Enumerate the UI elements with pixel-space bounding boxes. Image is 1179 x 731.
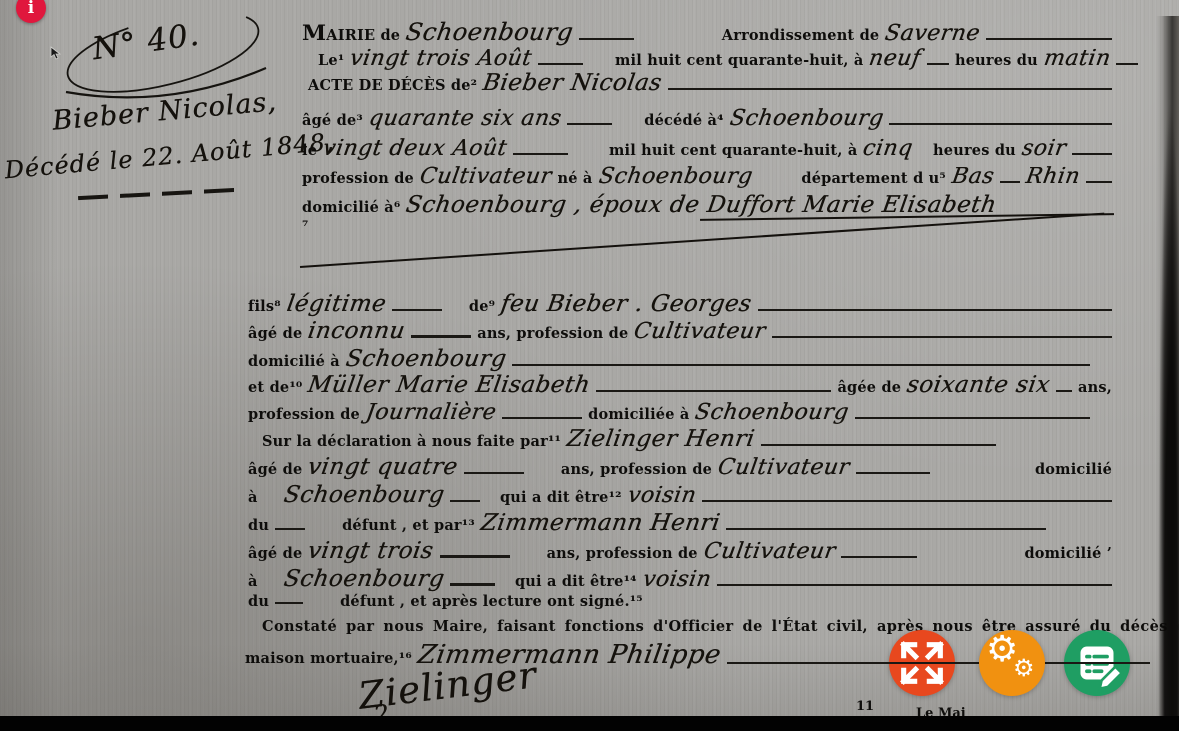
handwritten-entry: Saverne bbox=[883, 21, 982, 46]
spacer bbox=[1002, 445, 1062, 446]
printed-label: ACTE DE DÉCÈS de² bbox=[308, 77, 477, 94]
printed-label: maison mortuaire,¹⁶ bbox=[245, 650, 412, 667]
scan-edge bbox=[1156, 16, 1179, 720]
printed-label: MAIRIE de bbox=[302, 21, 400, 46]
spacer bbox=[923, 557, 1018, 558]
printed-label: du bbox=[248, 593, 269, 610]
margin-dash-flourish bbox=[78, 188, 236, 200]
rule-line bbox=[567, 123, 612, 125]
printed-label: domicilié bbox=[1035, 461, 1112, 478]
form-row: domicilié àSchoenbourg bbox=[248, 346, 1090, 372]
rule-line bbox=[1072, 153, 1112, 155]
printed-label: domiciliée à bbox=[588, 406, 689, 423]
rule-line bbox=[450, 500, 480, 502]
printed-label: Arrondissement de bbox=[722, 27, 880, 44]
rule-line bbox=[513, 153, 568, 155]
form-row: âgé de³quarante six ansdécédé à⁴Schoenbo… bbox=[302, 106, 1112, 131]
handwritten-entry: Zimmermann Henri bbox=[479, 510, 722, 536]
rule-line bbox=[856, 472, 930, 474]
rule-line bbox=[841, 556, 917, 558]
rule-line bbox=[668, 88, 1112, 90]
diagonal-stroke bbox=[300, 213, 1104, 268]
form-row: ACTE DE DÉCÈS de²Bieber Nicolas bbox=[308, 70, 1112, 96]
rule-line bbox=[727, 662, 1150, 664]
printed-label: heures du bbox=[933, 142, 1016, 159]
handwritten-entry: Zielinger Henri bbox=[565, 426, 757, 452]
rule-line bbox=[761, 444, 996, 446]
info-icon[interactable]: i bbox=[16, 0, 46, 23]
rule-line bbox=[1086, 181, 1112, 183]
spacer bbox=[486, 501, 494, 502]
form-row: fils⁸légitimede⁹feu Bieber . Georges bbox=[248, 291, 1112, 317]
printed-label: ans, profession de bbox=[561, 461, 712, 478]
rule-line bbox=[512, 364, 1090, 366]
printed-label: âgée de bbox=[837, 379, 901, 396]
spacer bbox=[309, 605, 334, 606]
rule-line bbox=[502, 417, 582, 419]
printed-label: décédé à⁴ bbox=[644, 112, 723, 129]
printed-label: heures du bbox=[955, 52, 1038, 69]
rule-line bbox=[1116, 63, 1138, 65]
rule-line bbox=[717, 584, 1112, 586]
handwritten-entry: Müller Marie Elisabeth bbox=[306, 372, 592, 398]
printed-label: mil huit cent quarante-huit, à bbox=[609, 142, 857, 159]
rule-line bbox=[392, 309, 442, 311]
spacer bbox=[516, 557, 541, 558]
rule-line bbox=[855, 417, 1090, 419]
form-row: âgé devingt troisans, profession deCulti… bbox=[248, 538, 1112, 564]
rule-line bbox=[579, 38, 634, 40]
spacer bbox=[758, 182, 795, 183]
printed-label: ⁷ bbox=[302, 218, 309, 235]
handwritten-entry: Schoenbourg bbox=[597, 164, 755, 189]
form-row: et de¹⁰Müller Marie Elisabethâgée desoix… bbox=[248, 372, 1112, 398]
handwritten-entry: Cultivateur bbox=[418, 164, 553, 189]
printed-label: ans, profession de bbox=[477, 325, 628, 342]
handwritten-entry: Schoenbourg bbox=[344, 346, 508, 372]
handwritten-entry: Zimmermann Philippe bbox=[416, 640, 724, 670]
handwritten-entry: vingt trois Août bbox=[348, 46, 534, 71]
spacer bbox=[264, 585, 278, 586]
handwritten-entry: feu Bieber . Georges bbox=[499, 291, 753, 317]
printed-label: âgé de bbox=[248, 545, 302, 562]
handwritten-entry: Cultivateur bbox=[702, 539, 837, 564]
rule-line bbox=[758, 309, 1112, 311]
form-row: dudéfunt , et après lecture ont signé.¹⁵ bbox=[248, 593, 1112, 610]
rule-line bbox=[411, 335, 471, 338]
paper: N° 40. Bieber Nicolas, Décédé le 22. Aoû… bbox=[0, 0, 1179, 731]
handwritten-entry: voisin bbox=[626, 483, 698, 508]
handwritten-entry: Journalière bbox=[364, 400, 498, 425]
printed-label: ans, profession de bbox=[547, 545, 698, 562]
form-row: Le¹vingt trois Aoûtmil huit cent quarant… bbox=[318, 46, 1112, 71]
form-row: profession deJournalièredomiciliée àScho… bbox=[248, 400, 1090, 425]
form-row: âgé deinconnuans, profession deCultivate… bbox=[248, 318, 1112, 344]
form-row: àSchoenbourgqui a dit être¹²voisin bbox=[248, 482, 1112, 508]
spacer bbox=[264, 501, 278, 502]
spacer bbox=[640, 39, 716, 40]
printed-label: de⁹ bbox=[469, 298, 495, 315]
rule-line bbox=[1000, 181, 1020, 183]
printed-label: domicilié à bbox=[248, 353, 340, 370]
spacer bbox=[1052, 529, 1112, 530]
rule-line bbox=[726, 528, 1046, 530]
printed-label: domicilié ’ bbox=[1024, 545, 1112, 562]
spacer bbox=[589, 64, 609, 65]
rule-line bbox=[927, 63, 949, 65]
handwritten-entry: Bieber Nicolas bbox=[481, 70, 664, 96]
handwritten-entry: cinq bbox=[861, 136, 915, 161]
handwritten-entry: vingt deux Août bbox=[321, 136, 509, 161]
form-row: MAIRIE deSchoenbourgArrondissement deSav… bbox=[302, 18, 1112, 46]
printed-label: Le¹ bbox=[318, 52, 344, 69]
printed-label: à bbox=[248, 573, 258, 590]
form-row: àSchoenbourgqui a dit être¹⁴voisin bbox=[248, 566, 1112, 592]
printed-label: le bbox=[302, 142, 317, 159]
handwritten-entry: légitime bbox=[285, 291, 388, 317]
handwritten-entry: Bas bbox=[950, 164, 996, 189]
spacer bbox=[501, 585, 509, 586]
handwritten-entry: Cultivateur bbox=[632, 319, 767, 344]
handwritten-entry: vingt trois bbox=[306, 538, 435, 564]
mouse-cursor-icon bbox=[50, 46, 62, 60]
handwritten-entry: matin bbox=[1042, 46, 1112, 71]
handwritten-entry: Schoenbourg , époux de Duffort Marie Eli… bbox=[404, 192, 998, 218]
rule-line bbox=[702, 500, 1112, 502]
handwritten-entry: Schoenbourg bbox=[728, 106, 886, 131]
printed-label: domicilié à⁶ bbox=[302, 199, 400, 216]
spacer bbox=[936, 473, 1029, 474]
rule-line bbox=[275, 528, 305, 530]
handwritten-entry: Schoenbourg bbox=[282, 482, 446, 508]
printed-label: département d u⁵ bbox=[801, 170, 946, 187]
handwritten-entry: soir bbox=[1020, 136, 1068, 161]
form-row: âgé devingt quatreans, profession deCult… bbox=[248, 454, 1112, 480]
printed-label: défunt , et par¹³ bbox=[342, 517, 475, 534]
printed-label: et de¹⁰ bbox=[248, 379, 302, 396]
rule-line bbox=[450, 583, 495, 586]
handwritten-entry: vingt quatre bbox=[306, 454, 460, 480]
spacer bbox=[530, 473, 555, 474]
spacer bbox=[311, 529, 336, 530]
printed-label: à bbox=[248, 489, 258, 506]
spacer bbox=[618, 124, 638, 125]
settings-button[interactable]: ⚙ ⚙ bbox=[979, 630, 1045, 696]
spacer bbox=[574, 154, 603, 155]
rule-line bbox=[596, 390, 831, 392]
printed-label: du bbox=[248, 517, 269, 534]
handwritten-entry: Cultivateur bbox=[716, 455, 851, 480]
gears-icon: ⚙ bbox=[1013, 656, 1035, 680]
form-row: dudéfunt , et par¹³Zimmermann Henri bbox=[248, 510, 1112, 536]
printed-label: qui a dit être¹² bbox=[500, 489, 622, 506]
handwritten-entry: Rhin bbox=[1024, 164, 1082, 189]
handwritten-entry: quarante six ans bbox=[367, 106, 563, 131]
handwritten-entry: Schoenbourg bbox=[404, 18, 575, 46]
rule-line bbox=[986, 38, 1112, 40]
spacer bbox=[448, 310, 463, 311]
printed-label: profession de bbox=[248, 406, 360, 423]
form-row: ⁷ bbox=[302, 218, 322, 235]
handwritten-entry: soixante six bbox=[905, 372, 1052, 398]
rule-line bbox=[1056, 390, 1072, 392]
handwritten-entry: Schoenbourg bbox=[693, 400, 851, 425]
printed-label: âgé de bbox=[248, 461, 302, 478]
printed-label: mil huit cent quarante-huit, à bbox=[615, 52, 863, 69]
form-row: profession deCultivateurné àSchoenbourgd… bbox=[302, 164, 1112, 189]
printed-label: défunt , et après lecture ont signé.¹⁵ bbox=[340, 593, 643, 610]
handwritten-entry: voisin bbox=[641, 567, 713, 592]
handwritten-entry: Schoenbourg bbox=[282, 566, 446, 592]
handwritten-entry: inconnu bbox=[306, 318, 407, 344]
handwritten-entry: neuf bbox=[867, 46, 922, 71]
rule-line bbox=[889, 123, 1112, 125]
printed-label: Sur la déclaration à nous faite par¹¹ bbox=[262, 433, 561, 450]
rule-line bbox=[275, 602, 303, 604]
rule-line bbox=[772, 336, 1112, 338]
form-row: Sur la déclaration à nous faite par¹¹Zie… bbox=[262, 426, 1062, 452]
rule-line bbox=[440, 555, 510, 558]
printed-label: profession de bbox=[302, 170, 414, 187]
printed-label: âgé de bbox=[248, 325, 302, 342]
letterbox-bar bbox=[0, 716, 1179, 731]
bottom-fragment: 11 bbox=[856, 699, 874, 714]
printed-label: né à bbox=[558, 170, 593, 187]
rule-line bbox=[464, 472, 524, 474]
form-row: levingt deux Aoûtmil huit cent quarante-… bbox=[302, 136, 1112, 161]
spacer bbox=[919, 154, 927, 155]
rule-line bbox=[538, 63, 583, 65]
printed-label: âgé de³ bbox=[302, 112, 363, 129]
printed-label: Constaté par nous Maire, faisant fonctio… bbox=[262, 618, 1179, 635]
printed-label: qui a dit être¹⁴ bbox=[515, 573, 637, 590]
printed-label: ans, bbox=[1078, 379, 1112, 396]
printed-label: fils⁸ bbox=[248, 298, 281, 315]
